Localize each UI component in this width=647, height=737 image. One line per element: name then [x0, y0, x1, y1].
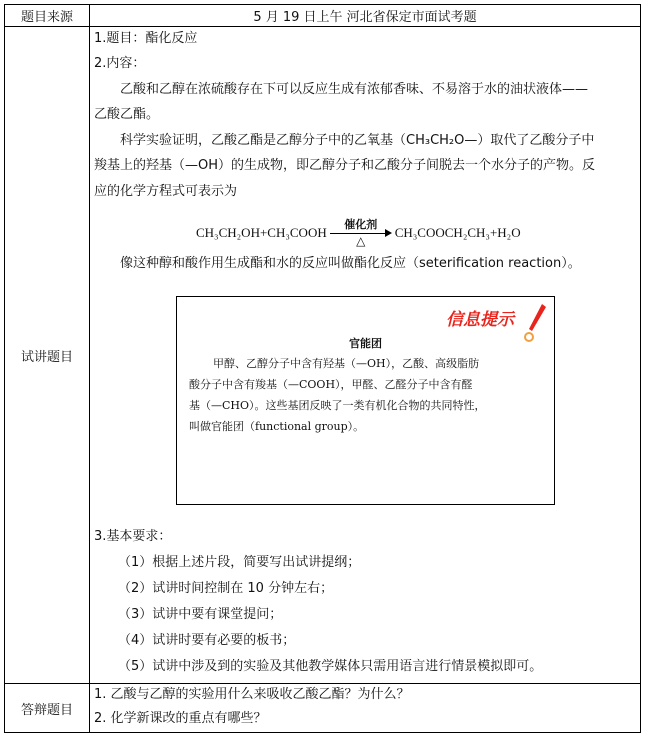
defense-label: 答辩题目: [5, 684, 89, 732]
row-divider-header: [5, 26, 640, 27]
info-line3: 基（—CHO）。这些基团反映了一类有机化合物的共同特性，: [189, 395, 545, 416]
paragraph1-line2: 乙酸乙酯。: [94, 106, 159, 124]
requirement-item: （1）根据上述片段，简要写出试讲提纲；: [118, 554, 360, 572]
paragraph2-line1: 科学实验证明，乙酸乙酯是乙醇分子中的乙氧基（CH₃CH₂O—）取代了乙酸分子中: [94, 132, 594, 150]
info-tag: 信息提示: [446, 305, 514, 330]
info-box: 信息提示 官能团 甲醇、乙醇分子中含有羟基（—OH），乙酸、高级脂肪 酸分子中含…: [176, 296, 555, 505]
info-line1: 甲醇、乙醇分子中含有羟基（—OH），乙酸、高级脂肪: [189, 353, 545, 374]
requirement-item: （5）试讲中涉及到的实验及其他教学媒体只需用语言进行情景模拟即可。: [118, 658, 542, 676]
source-label: 题目来源: [5, 5, 89, 26]
source-value: 5 月 19 日上午 河北省保定市面试考题: [90, 5, 640, 26]
requirements-heading: 3.基本要求：: [94, 528, 171, 546]
equation-products: CH₃COOCH₂CH₃+H₂O: [395, 225, 521, 241]
requirement-item: （2）试讲时间控制在 10 分钟左右；: [118, 580, 333, 598]
defense-question: 1. 乙酸与乙醇的实验用什么来吸收乙酸乙酯？为什么？: [94, 686, 410, 704]
equation-reactants: CH₃CH₂OH+CH₃COOH: [196, 225, 327, 241]
topic-line: 1.题目：酯化反应: [94, 30, 197, 48]
column-divider: [89, 5, 90, 732]
reaction-arrow: 催化剂 △: [330, 216, 392, 250]
row-divider-defense: [5, 683, 640, 684]
info-line4: 叫做官能团（functional group）。: [189, 416, 545, 437]
equation-catalyst: 催化剂: [330, 216, 392, 232]
paragraph2-line3: 应的化学方程式可表示为: [94, 183, 237, 201]
paragraph2-line2: 羧基上的羟基（—OH）的生成物，即乙醇分子和乙酸分子间脱去一个水分子的产物。反: [94, 157, 595, 175]
paragraph1-line1: 乙酸和乙醇在浓硫酸存在下可以反应生成有浓郁香味、不易溶于水的油状液体——: [94, 81, 588, 99]
requirement-item: （4）试讲时要有必要的板书；: [118, 632, 295, 650]
equation-condition: △: [330, 234, 392, 249]
chemical-equation: CH₃CH₂OH+CH₃COOH 催化剂 △ CH₃COOCH₂CH₃+H₂O: [196, 216, 521, 250]
info-line2: 酸分子中含有羧基（—COOH），甲醛、乙醛分子中含有醛: [189, 374, 545, 395]
requirement-item: （3）试讲中要有课堂提问；: [118, 606, 282, 624]
content-heading: 2.内容：: [94, 55, 145, 73]
paragraph3: 像这种醇和酸作用生成酯和水的反应叫做酯化反应（seterification re…: [94, 255, 581, 273]
info-title: 官能团: [177, 335, 554, 351]
lecture-label: 试讲题目: [5, 27, 89, 683]
defense-question: 2. 化学新课改的重点有哪些？: [94, 710, 267, 728]
